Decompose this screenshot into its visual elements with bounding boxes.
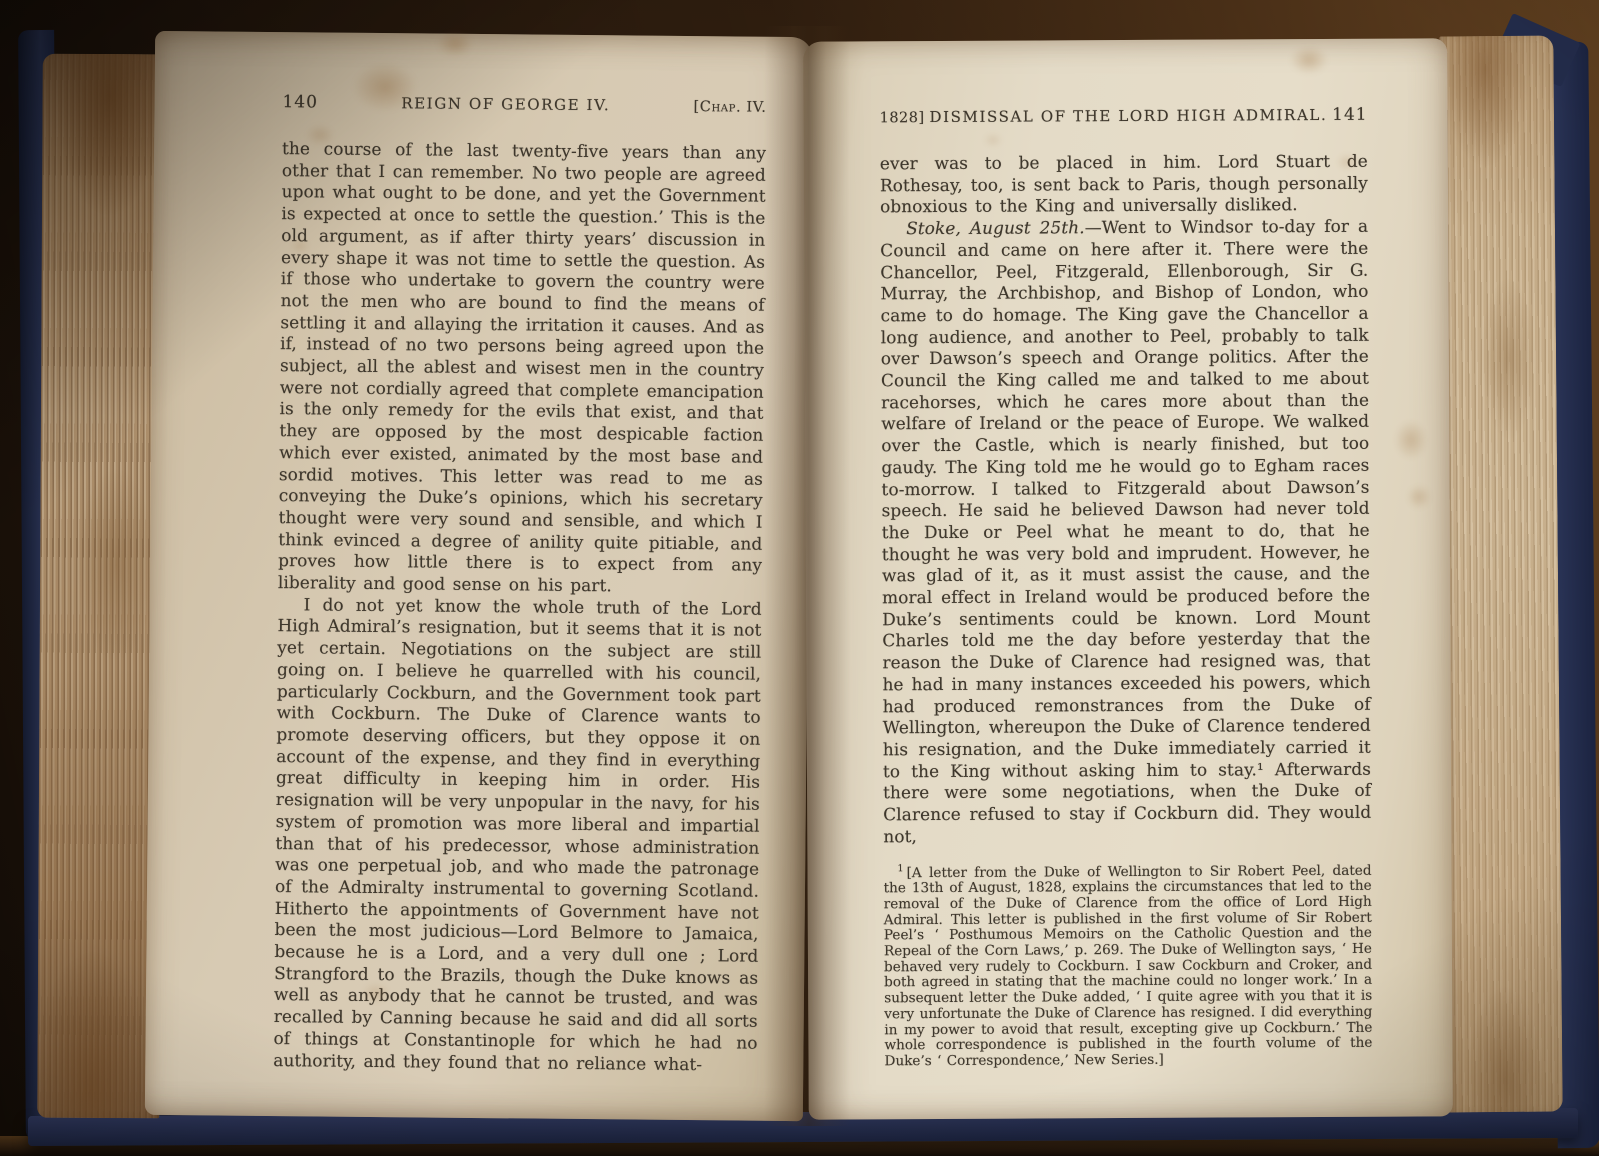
right-page-body: ever was to be placed in him. Lord Stuar…	[880, 151, 1372, 848]
footnote: 1[A letter from the Duke of Wellington t…	[883, 863, 1372, 1070]
right-page-edge-stack	[1439, 36, 1562, 1113]
right-page: 1828] DISMISSAL OF THE LORD HIGH ADMIRAL…	[803, 38, 1453, 1119]
year-label: 1828]	[880, 110, 925, 126]
paragraph: I do not yet know the whole truth of the…	[273, 594, 762, 1076]
paragraph-continuation: the course of the last twenty-five years…	[278, 138, 766, 598]
entry-text: —Went to Windsor to-day for a Council an…	[880, 216, 1371, 846]
book-photo: 140 REIGN OF GEORGE IV. [Chap. IV. the c…	[0, 0, 1599, 1156]
left-page-text: 140 REIGN OF GEORGE IV. [Chap. IV. the c…	[273, 92, 766, 1076]
right-running-title: DISMISSAL OF THE LORD HIGH ADMIRAL.	[929, 106, 1327, 126]
right-page-header: 1828] DISMISSAL OF THE LORD HIGH ADMIRAL…	[880, 105, 1368, 128]
left-page-body: the course of the last twenty-five years…	[273, 138, 766, 1076]
paragraph-continuation: ever was to be placed in him. Lord Stuar…	[880, 151, 1368, 219]
chapter-label: [Chap. IV.	[693, 99, 766, 116]
left-running-title: REIGN OF GEORGE IV.	[401, 94, 610, 114]
left-page-number: 140	[282, 92, 318, 112]
left-page-header: 140 REIGN OF GEORGE IV. [Chap. IV.	[282, 92, 766, 117]
footnote-marker: 1	[897, 863, 903, 874]
right-page-text: 1828] DISMISSAL OF THE LORD HIGH ADMIRAL…	[880, 105, 1373, 1070]
footnote-text: [A letter from the Duke of Wellington to…	[884, 862, 1373, 1069]
right-page-number: 141	[1332, 105, 1368, 125]
entry-dateline: Stoke, August 25th.	[906, 217, 1085, 238]
left-page: 140 REIGN OF GEORGE IV. [Chap. IV. the c…	[145, 31, 813, 1121]
diary-entry-paragraph: Stoke, August 25th.—Went to Windsor to-d…	[880, 216, 1371, 848]
